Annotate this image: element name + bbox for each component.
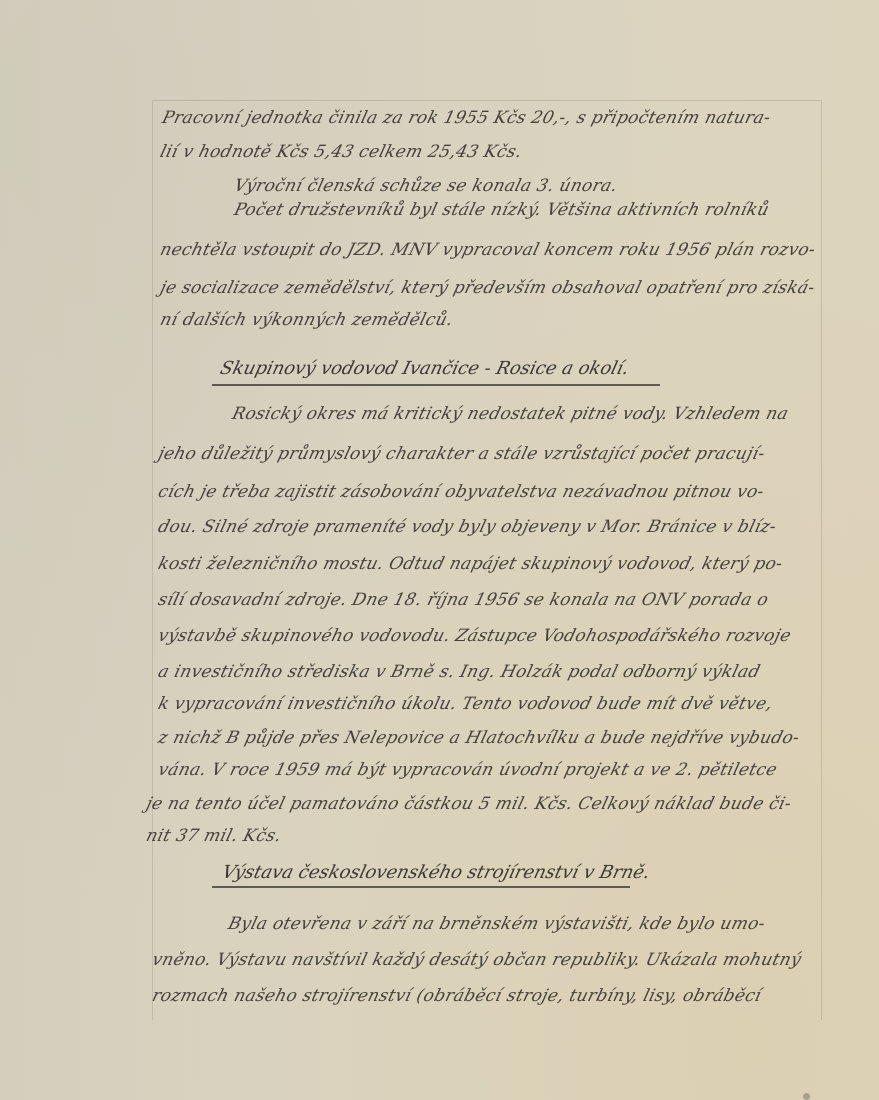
text-line: k vypracování investičního úkolu. Tento … — [156, 694, 775, 714]
text-line: kosti železničního mostu. Odtud napájet … — [156, 554, 785, 574]
section-heading: Skupinový vodovod Ivančice - Rosice a ok… — [218, 358, 631, 379]
text-line: je socializace zemědělství, který předev… — [158, 278, 817, 298]
text-line: ní dalších výkonných zemědělců. — [158, 310, 455, 330]
text-line: dou. Silné zdroje prameníté vody byly ob… — [156, 517, 778, 537]
text-line: Rosický okres má kritický nedostatek pit… — [230, 404, 791, 424]
text-line: sílí dosavadní zdroje. Dne 18. října 195… — [156, 590, 771, 610]
text-line: Byla otevřena v září na brněnském výstav… — [226, 914, 767, 934]
text-line: nechtěla vstoupit do JZD. MNV vypracoval… — [158, 240, 818, 260]
text-line: vněno. Výstavu navštívil každý desátý ob… — [150, 950, 803, 970]
text-line: Počet družstevníků byl stále nízký. Větš… — [232, 200, 771, 220]
text-line: rozmach našeho strojírenství (obráběcí s… — [150, 986, 763, 1006]
text-line: Pracovní jednotka činila za rok 1955 Kčs… — [160, 108, 773, 128]
section-heading: Výstava československého strojírenství v… — [220, 862, 652, 883]
text-line: výstavbě skupinového vodovodu. Zástupce … — [156, 626, 793, 646]
text-line: lií v hodnotě Kčs 5,43 celkem 25,43 Kčs. — [158, 142, 524, 162]
text-line: jeho důležitý průmyslový charakter a stá… — [156, 444, 767, 464]
heading-underline — [212, 886, 630, 888]
text-line: je na tento účel pamatováno částkou 5 mi… — [144, 794, 794, 814]
paper-speck — [803, 1093, 810, 1100]
heading-underline — [212, 384, 660, 386]
text-line: Výroční členská schůze se konala 3. únor… — [232, 176, 620, 196]
text-line: nit 37 mil. Kčs. — [144, 826, 284, 846]
text-line: a investičního střediska v Brně s. Ing. … — [156, 662, 762, 682]
text-line: cích je třeba zajistit zásobování obyvat… — [156, 482, 766, 502]
text-line: vána. V roce 1959 má být vypracován úvod… — [156, 760, 779, 780]
text-line: z nichž B půjde přes Nelepovice a Hlatoc… — [156, 728, 802, 748]
